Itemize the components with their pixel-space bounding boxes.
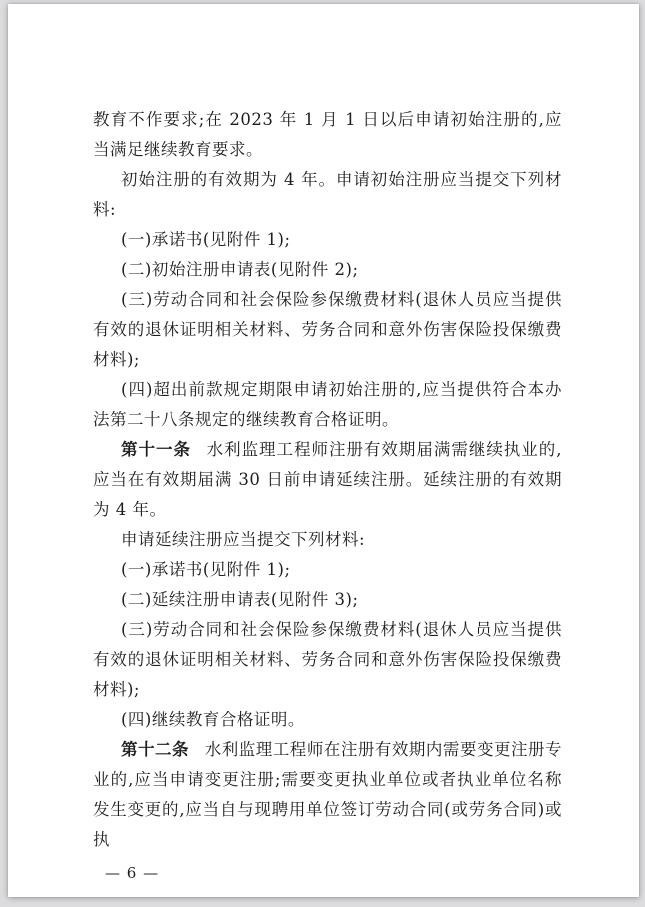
paragraph-text: 教育不作要求;在 2023 年 1 月 1 日以后申请初始注册的,应当满足继续教…	[93, 110, 562, 159]
paragraph: (三)劳动合同和社会保险参保缴费材料(退休人员应当提供有效的退休证明相关材料、劳…	[93, 285, 562, 375]
paragraph-text: 初始注册的有效期为 4 年。申请初始注册应当提交下列材料:	[93, 170, 562, 219]
paragraph-text: (一)承诺书(见附件 1);	[121, 560, 291, 579]
paragraph: 申请延续注册应当提交下列材料:	[93, 525, 562, 555]
paragraph: (四)继续教育合格证明。	[93, 705, 562, 735]
paragraph-text: (二)初始注册申请表(见附件 2);	[121, 260, 359, 279]
paragraph: 教育不作要求;在 2023 年 1 月 1 日以后申请初始注册的,应当满足继续教…	[93, 105, 562, 165]
paragraph: (一)承诺书(见附件 1);	[93, 555, 562, 585]
document-page: 教育不作要求;在 2023 年 1 月 1 日以后申请初始注册的,应当满足继续教…	[8, 4, 639, 897]
page-content: 教育不作要求;在 2023 年 1 月 1 日以后申请初始注册的,应当满足继续教…	[8, 4, 639, 855]
paragraph: (三)劳动合同和社会保险参保缴费材料(退休人员应当提供有效的退休证明相关材料、劳…	[93, 615, 562, 705]
paragraph: (四)超出前款规定期限申请初始注册的,应当提供符合本办法第二十八条规定的继续教育…	[93, 375, 562, 435]
page-number: — 6 —	[8, 862, 639, 884]
paragraph-text: (四)继续教育合格证明。	[121, 710, 305, 729]
paragraph: 第十一条水利监理工程师注册有效期届满需继续执业的,应当在有效期届满 30 日前申…	[93, 435, 562, 525]
paragraph-text: (四)超出前款规定期限申请初始注册的,应当提供符合本办法第二十八条规定的继续教育…	[93, 380, 562, 429]
paragraph: (二)初始注册申请表(见附件 2);	[93, 255, 562, 285]
paragraph-text: (三)劳动合同和社会保险参保缴费材料(退休人员应当提供有效的退休证明相关材料、劳…	[93, 620, 562, 699]
paragraph: (一)承诺书(见附件 1);	[93, 225, 562, 255]
paragraph-text: 申请延续注册应当提交下列材料:	[121, 530, 365, 549]
paragraph-text: (二)延续注册申请表(见附件 3);	[121, 590, 359, 609]
paragraph-text: (三)劳动合同和社会保险参保缴费材料(退休人员应当提供有效的退休证明相关材料、劳…	[93, 290, 562, 369]
article-number: 第十一条	[121, 440, 191, 459]
article-number: 第十二条	[121, 740, 189, 759]
paragraph: 第十二条水利监理工程师在注册有效期内需要变更注册专业的,应当申请变更注册;需要变…	[93, 735, 562, 855]
paragraph: (二)延续注册申请表(见附件 3);	[93, 585, 562, 615]
paragraph: 初始注册的有效期为 4 年。申请初始注册应当提交下列材料:	[93, 165, 562, 225]
paragraph-text: (一)承诺书(见附件 1);	[121, 230, 291, 249]
